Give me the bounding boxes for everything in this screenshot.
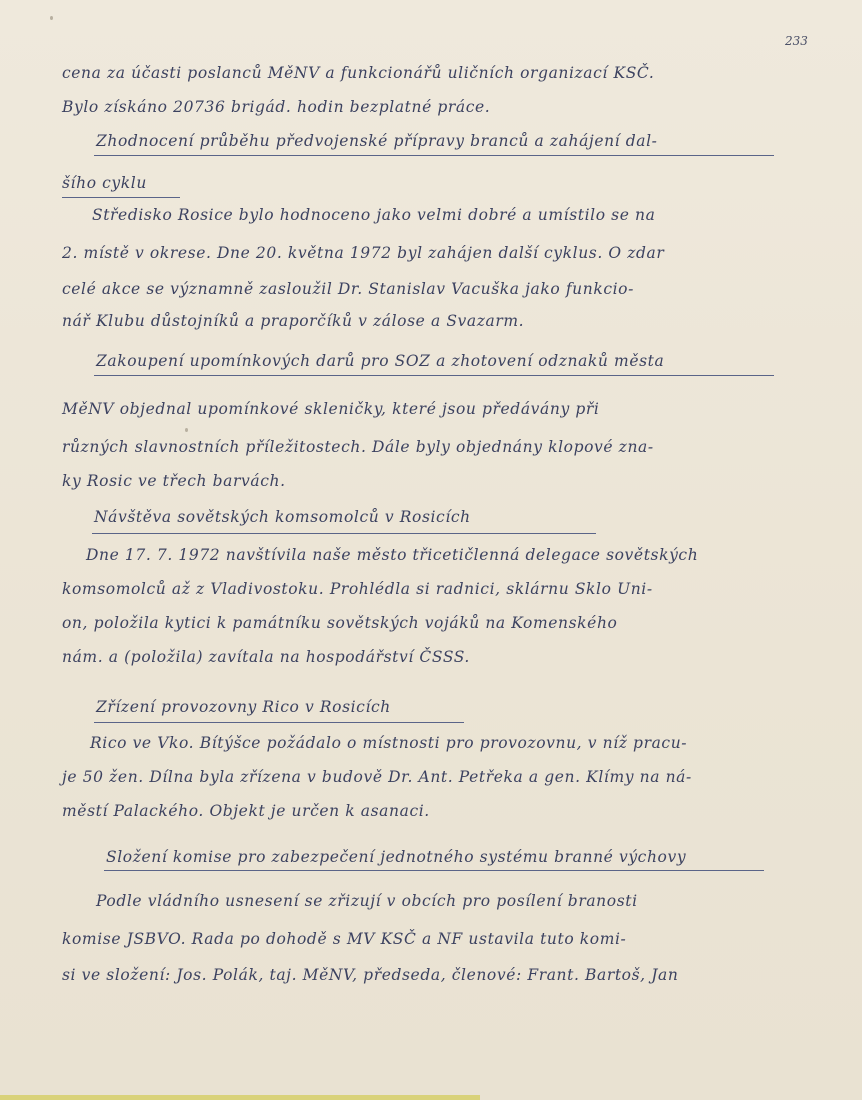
body-line: si ve složení: Jos. Polák, taj. MěNV, př… [62,966,678,984]
body-line: nář Klubu důstojníků a praporčíků v zálo… [62,312,524,330]
section-heading: Zhodnocení průběhu předvojenské přípravy… [96,132,658,150]
page-number: 233 [785,34,808,48]
body-line: Podle vládního usnesení se zřizují v obc… [96,892,638,910]
heading-underline [62,197,180,198]
section-heading: Zřízení provozovny Rico v Rosicích [96,698,391,716]
heading-underline [94,722,464,723]
notebook-page: 233 cena za účasti poslanců MěNV a funkc… [0,0,862,1100]
intro-line: Bylo získáno 20736 brigád. hodin bezplat… [62,98,490,116]
section-heading: Návštěva sovětských komsomolců v Rosicíc… [94,508,471,526]
heading-underline [92,533,596,534]
heading-underline [104,870,764,871]
body-line: různých slavnostních příležitostech. Dál… [62,438,654,456]
heading-underline [94,155,774,156]
body-line: MěNV objednal upomínkové skleničky, kter… [62,400,599,418]
body-line: celé akce se významně zasloužil Dr. Stan… [62,280,634,298]
page-edge [0,1095,480,1100]
body-line: komise JSBVO. Rada po dohodě s MV KSČ a … [62,930,626,948]
section-heading: Zakoupení upomínkových darů pro SOZ a zh… [96,352,664,370]
intro-line: cena za účasti poslanců MěNV a funkcioná… [62,64,654,82]
body-line: Rico ve Vko. Bítýšce požádalo o místnost… [90,734,687,752]
body-line: nám. a (položila) zavítala na hospodářst… [62,648,470,666]
body-line: ky Rosic ve třech barvách. [62,472,286,490]
body-line: Dne 17. 7. 1972 navštívila naše město tř… [86,546,698,564]
body-line: on, položila kytici k památníku sovětský… [62,614,617,632]
section-heading: Složení komise pro zabezpečení jednotnéh… [106,848,686,866]
body-line: Středisko Rosice bylo hodnoceno jako vel… [92,206,655,224]
body-line: je 50 žen. Dílna byla zřízena v budově D… [62,768,692,786]
section-heading: šího cyklu [62,174,147,192]
body-line: městí Palackého. Objekt je určen k asana… [62,802,430,820]
heading-underline [94,375,774,376]
body-line: 2. místě v okrese. Dne 20. května 1972 b… [62,244,664,262]
body-line: komsomolců až z Vladivostoku. Prohlédla … [62,580,653,598]
paper-speck [50,16,53,20]
paper-speck [185,428,188,432]
